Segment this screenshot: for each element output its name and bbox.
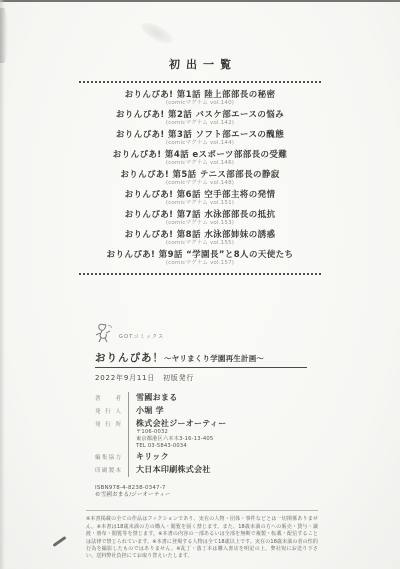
isbn-block: ISBN978-4-8238-0347-7 ©雪國おまる/ジーオーティー	[95, 485, 319, 499]
first-publication-section: 初出一覧 おりんぴあ! 第1話 陸上部部長の秘密 (comicマグナム vol.…	[0, 56, 400, 275]
credit-value: 大日本印刷株式会社	[136, 465, 319, 475]
credit-detail-line: 東京都港区六本木3-16-13-405	[136, 436, 319, 443]
chapter-entry: おりんぴあ! 第6話 空手部主将の発情 (comicマグナム vol.151)	[0, 190, 400, 207]
chapter-entry: おりんぴあ! 第1話 陸上部部長の秘密 (comicマグナム vol.140)	[0, 90, 400, 107]
chapter-source: (comicマグナム vol.157)	[0, 260, 400, 267]
chapter-title: おりんぴあ! 第2話 バスケ部エースの悩み	[0, 110, 400, 120]
chapter-source: (comicマグナム vol.142)	[0, 120, 400, 127]
colophon-section: GOTコミックス おりんぴあ！〜ヤリまくり学園再生計画〜 2022年9月11日 …	[95, 324, 319, 561]
scan-artifact-left-blob	[0, 8, 8, 63]
chapter-entry: おりんぴあ! 第4話 eスポーツ部部長の受難 (comicマグナム vol.14…	[0, 150, 400, 167]
edition-date: 2022年9月11日 初版発行	[95, 373, 319, 383]
chapter-title: おりんぴあ! 第8話 水泳部姉妹の誘惑	[0, 230, 400, 240]
credit-label: 印刷製本	[95, 464, 121, 477]
credit-label: 発行人	[95, 405, 121, 418]
scan-artifact-top-line	[0, 0, 400, 2]
chapter-title: おりんぴあ! 第7話 水泳部部長の抵抗	[0, 210, 400, 220]
credit-value: 雪國おまる	[136, 393, 319, 403]
chapter-entry: おりんぴあ! 第9話 “学園長”と8人の天使たち (comicマグナム vol.…	[0, 250, 400, 267]
credit-label: 編集協力	[95, 451, 121, 464]
chapter-list: おりんぴあ! 第1話 陸上部部長の秘密 (comicマグナム vol.140) …	[0, 90, 400, 267]
disclaimer-text: ※本書掲載の全ての作品はフィクションであり、実在の人物・団体・事件などとは一切関…	[86, 510, 318, 560]
credit-row: 印刷製本 大日本印刷株式会社	[95, 464, 319, 477]
chapter-source: (comicマグナム vol.140)	[0, 100, 400, 107]
chapter-source: (comicマグナム vol.146)	[0, 160, 400, 167]
chapter-entry: おりんぴあ! 第3話 ソフト部エースの醜態 (comicマグナム vol.144…	[0, 130, 400, 147]
chapter-source: (comicマグナム vol.144)	[0, 140, 400, 147]
chapter-source: (comicマグナム vol.153)	[0, 220, 400, 227]
book-title: おりんぴあ！〜ヤリまくり学園再生計画〜	[95, 346, 307, 368]
chapter-source: (comicマグナム vol.155)	[0, 240, 400, 247]
credit-value-box: 大日本印刷株式会社	[128, 464, 319, 477]
credit-value-box: キリック	[128, 451, 319, 464]
credit-value: 小堀 学	[136, 406, 319, 416]
chapter-title: おりんぴあ! 第1話 陸上部部長の秘密	[0, 90, 400, 100]
first-publication-heading: 初出一覧	[0, 56, 400, 72]
chapter-source: (comicマグナム vol.151)	[0, 200, 400, 207]
imprint-label: GOTコミックス	[119, 333, 164, 340]
chapter-entry: おりんぴあ! 第5話 テニス部部長の静寂 (comicマグナム vol.148)	[0, 170, 400, 187]
credit-label: 発行所	[95, 418, 121, 451]
credit-detail-line: TEL 03-5843-0034	[136, 443, 319, 450]
credit-row: 編集協力 キリック	[95, 451, 319, 464]
credit-row: 発行所 株式会社ジーオーティー 〒106-0032東京都港区六本木3-16-13…	[95, 418, 319, 451]
credit-value-box: 株式会社ジーオーティー 〒106-0032東京都港区六本木3-16-13-405…	[128, 418, 319, 451]
scan-artifact-bottom-stroke	[52, 536, 66, 547]
chapter-title: おりんぴあ! 第4話 eスポーツ部部長の受難	[0, 150, 400, 160]
scan-artifact-smudge	[139, 19, 176, 47]
credit-value-box: 雪國おまる	[128, 392, 319, 405]
credit-value: 株式会社ジーオーティー	[136, 419, 319, 429]
book-title-subtitle: 〜ヤリまくり学園再生計画〜	[164, 354, 264, 363]
brand-row: GOTコミックス	[95, 324, 319, 344]
colophon-page: 初出一覧 おりんぴあ! 第1話 陸上部部長の秘密 (comicマグナム vol.…	[0, 0, 400, 569]
chapter-source: (comicマグナム vol.148)	[0, 180, 400, 187]
copyright-line: ©雪國おまる/ジーオーティー	[95, 492, 319, 499]
chapter-entry: おりんぴあ! 第7話 水泳部部長の抵抗 (comicマグナム vol.153)	[0, 210, 400, 227]
credit-row: 発行人 小堀 学	[95, 405, 319, 418]
dotted-divider-top	[79, 81, 321, 83]
chapter-entry: おりんぴあ! 第2話 バスケ部エースの悩み (comicマグナム vol.142…	[0, 110, 400, 127]
mascot-doodle-icon	[95, 322, 115, 344]
credit-detail-line: 〒106-0032	[136, 429, 319, 436]
chapter-entry: おりんぴあ! 第8話 水泳部姉妹の誘惑 (comicマグナム vol.155)	[0, 230, 400, 247]
credit-value: キリック	[136, 452, 319, 462]
book-title-main: おりんぴあ！	[95, 352, 164, 364]
credits-table: 著者 雪國おまる 発行人 小堀 学 発行所 株式会社ジーオーティー 〒106-0…	[95, 392, 319, 477]
credit-value-box: 小堀 学	[128, 405, 319, 418]
dotted-divider-bottom	[79, 273, 321, 275]
chapter-title: おりんぴあ! 第5話 テニス部部長の静寂	[0, 170, 400, 180]
chapter-title: おりんぴあ! 第3話 ソフト部エースの醜態	[0, 130, 400, 140]
chapter-title: おりんぴあ! 第9話 “学園長”と8人の天使たち	[0, 250, 400, 260]
chapter-title: おりんぴあ! 第6話 空手部主将の発情	[0, 190, 400, 200]
credit-row: 著者 雪國おまる	[95, 392, 319, 405]
credit-label: 著者	[95, 392, 121, 405]
